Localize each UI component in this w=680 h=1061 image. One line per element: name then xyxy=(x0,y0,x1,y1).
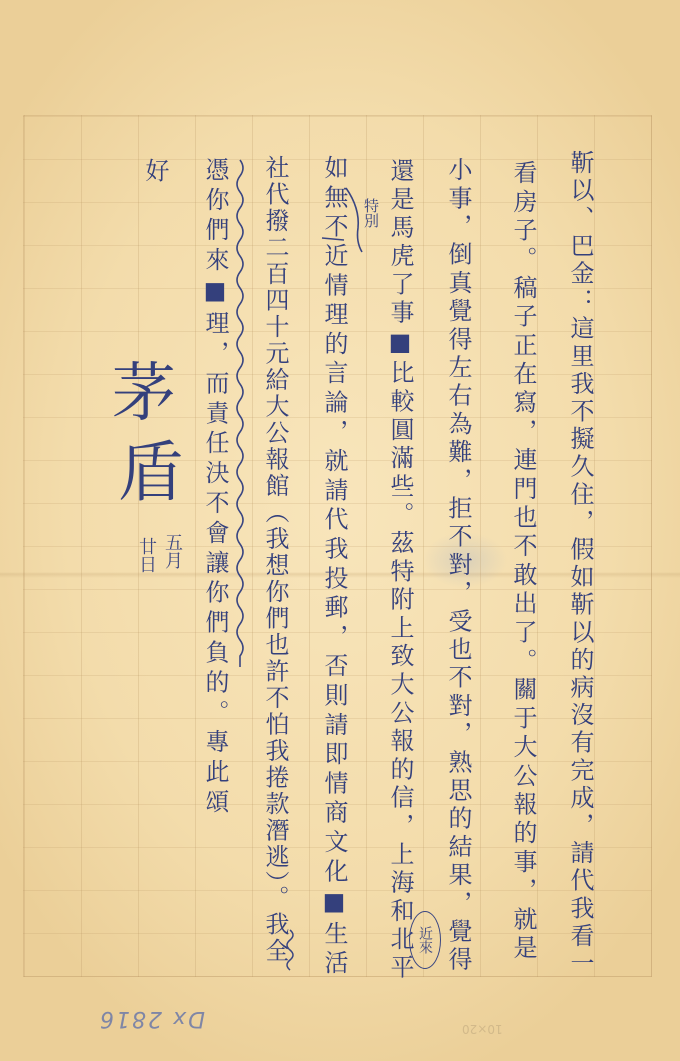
circled-insertion-text: 近來 xyxy=(415,926,435,954)
closing-greeting: 好 xyxy=(143,158,167,182)
text-column-5: 如無不近情理的言論，就請代我投郵，否則請即情商文化■生活 xyxy=(322,155,346,979)
signature-char-2: 盾 xyxy=(118,440,184,506)
text-column-6: 社代撥二百四十元給大公報館（我想你們也許不怕我捲款潛逃）。我全 xyxy=(263,155,287,965)
signature-char-1: 茅 xyxy=(112,362,176,426)
date-day: 廿日 xyxy=(133,537,159,573)
archive-mark: Dx 2816 xyxy=(98,1006,205,1031)
text-column-1: 靳以、巴金：這里我不擬久住，假如靳以的病沒有完成，請代我看一 xyxy=(568,150,592,978)
paper-spec: 10×20 xyxy=(462,1022,503,1036)
insertion-tebie: 特別 xyxy=(361,198,382,228)
text-column-3: 小事，倒真覺得左右為難，拒不對，受也不對，熟思的結果，覺得 xyxy=(446,157,470,975)
text-column-2: 看房子。稿子正在寫，連門也不敢出了。關于大公報的事，就是 xyxy=(511,160,535,964)
text-column-7: 憑你們來■理，而責任決不會讓你們負的。專此頌 xyxy=(203,157,227,819)
circled-insertion: 近來 xyxy=(409,911,441,969)
text-column-4: 還是馬虎了事■比較圓滿些。茲特附上致大公報的信，上海和北平 xyxy=(388,158,412,983)
date-month: 五月 xyxy=(159,533,185,569)
